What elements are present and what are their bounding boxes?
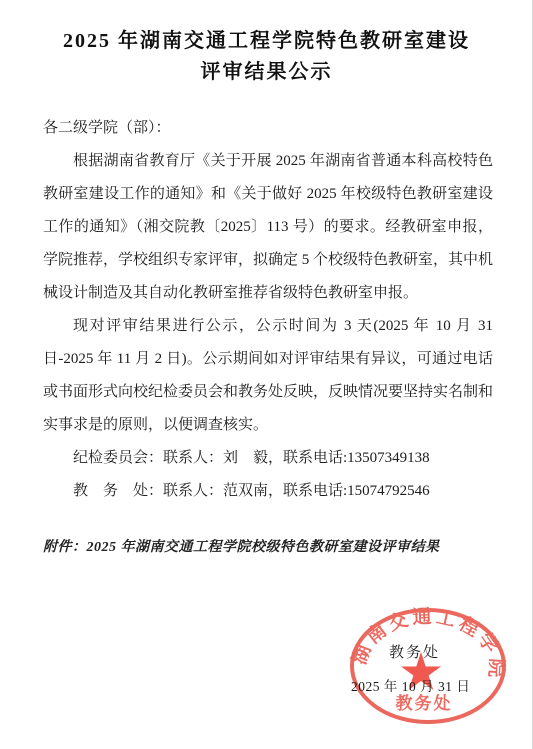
- title-line-2: 评审结果公示: [0, 57, 533, 88]
- signature-department: 教务处: [389, 641, 440, 662]
- announcement-page: 2025 年湖南交通工程学院特色教研室建设 评审结果公示 各二级学院（部）： 根…: [0, 0, 533, 749]
- seal-bottom-text: 教务处: [396, 693, 453, 713]
- seal-graphic: 湖南交通工程学院 教务处: [343, 600, 513, 734]
- paragraph-publicity-period: 现对评审结果进行公示，公示时间为 3 天(2025 年 10 月 31 日-20…: [43, 310, 493, 442]
- document-body: 各二级学院（部）： 根据湖南省教育厅《关于开展 2025 年湖南省普通本科高校特…: [43, 112, 493, 508]
- contact-discipline-committee: 纪检委员会：联系人：刘 毅，联系电话:13507349138: [43, 442, 493, 475]
- title-line-1: 2025 年湖南交通工程学院特色教研室建设: [0, 26, 533, 57]
- paragraph-basis: 根据湖南省教育厅《关于开展 2025 年湖南省普通本科高校特色教研室建设工作的通…: [43, 145, 493, 310]
- salutation: 各二级学院（部）：: [43, 112, 493, 145]
- attachment-line: 附件：2025 年湖南交通工程学院校级特色教研室建设评审结果: [43, 536, 503, 556]
- contact-academic-affairs: 教 务 处：联系人：范双南，联系电话:15074792546: [43, 475, 493, 508]
- page-title: 2025 年湖南交通工程学院特色教研室建设 评审结果公示: [0, 26, 533, 88]
- official-seal-stamp: 湖南交通工程学院 教务处: [343, 600, 513, 734]
- signature-date: 2025 年 10 月 31 日: [351, 675, 470, 695]
